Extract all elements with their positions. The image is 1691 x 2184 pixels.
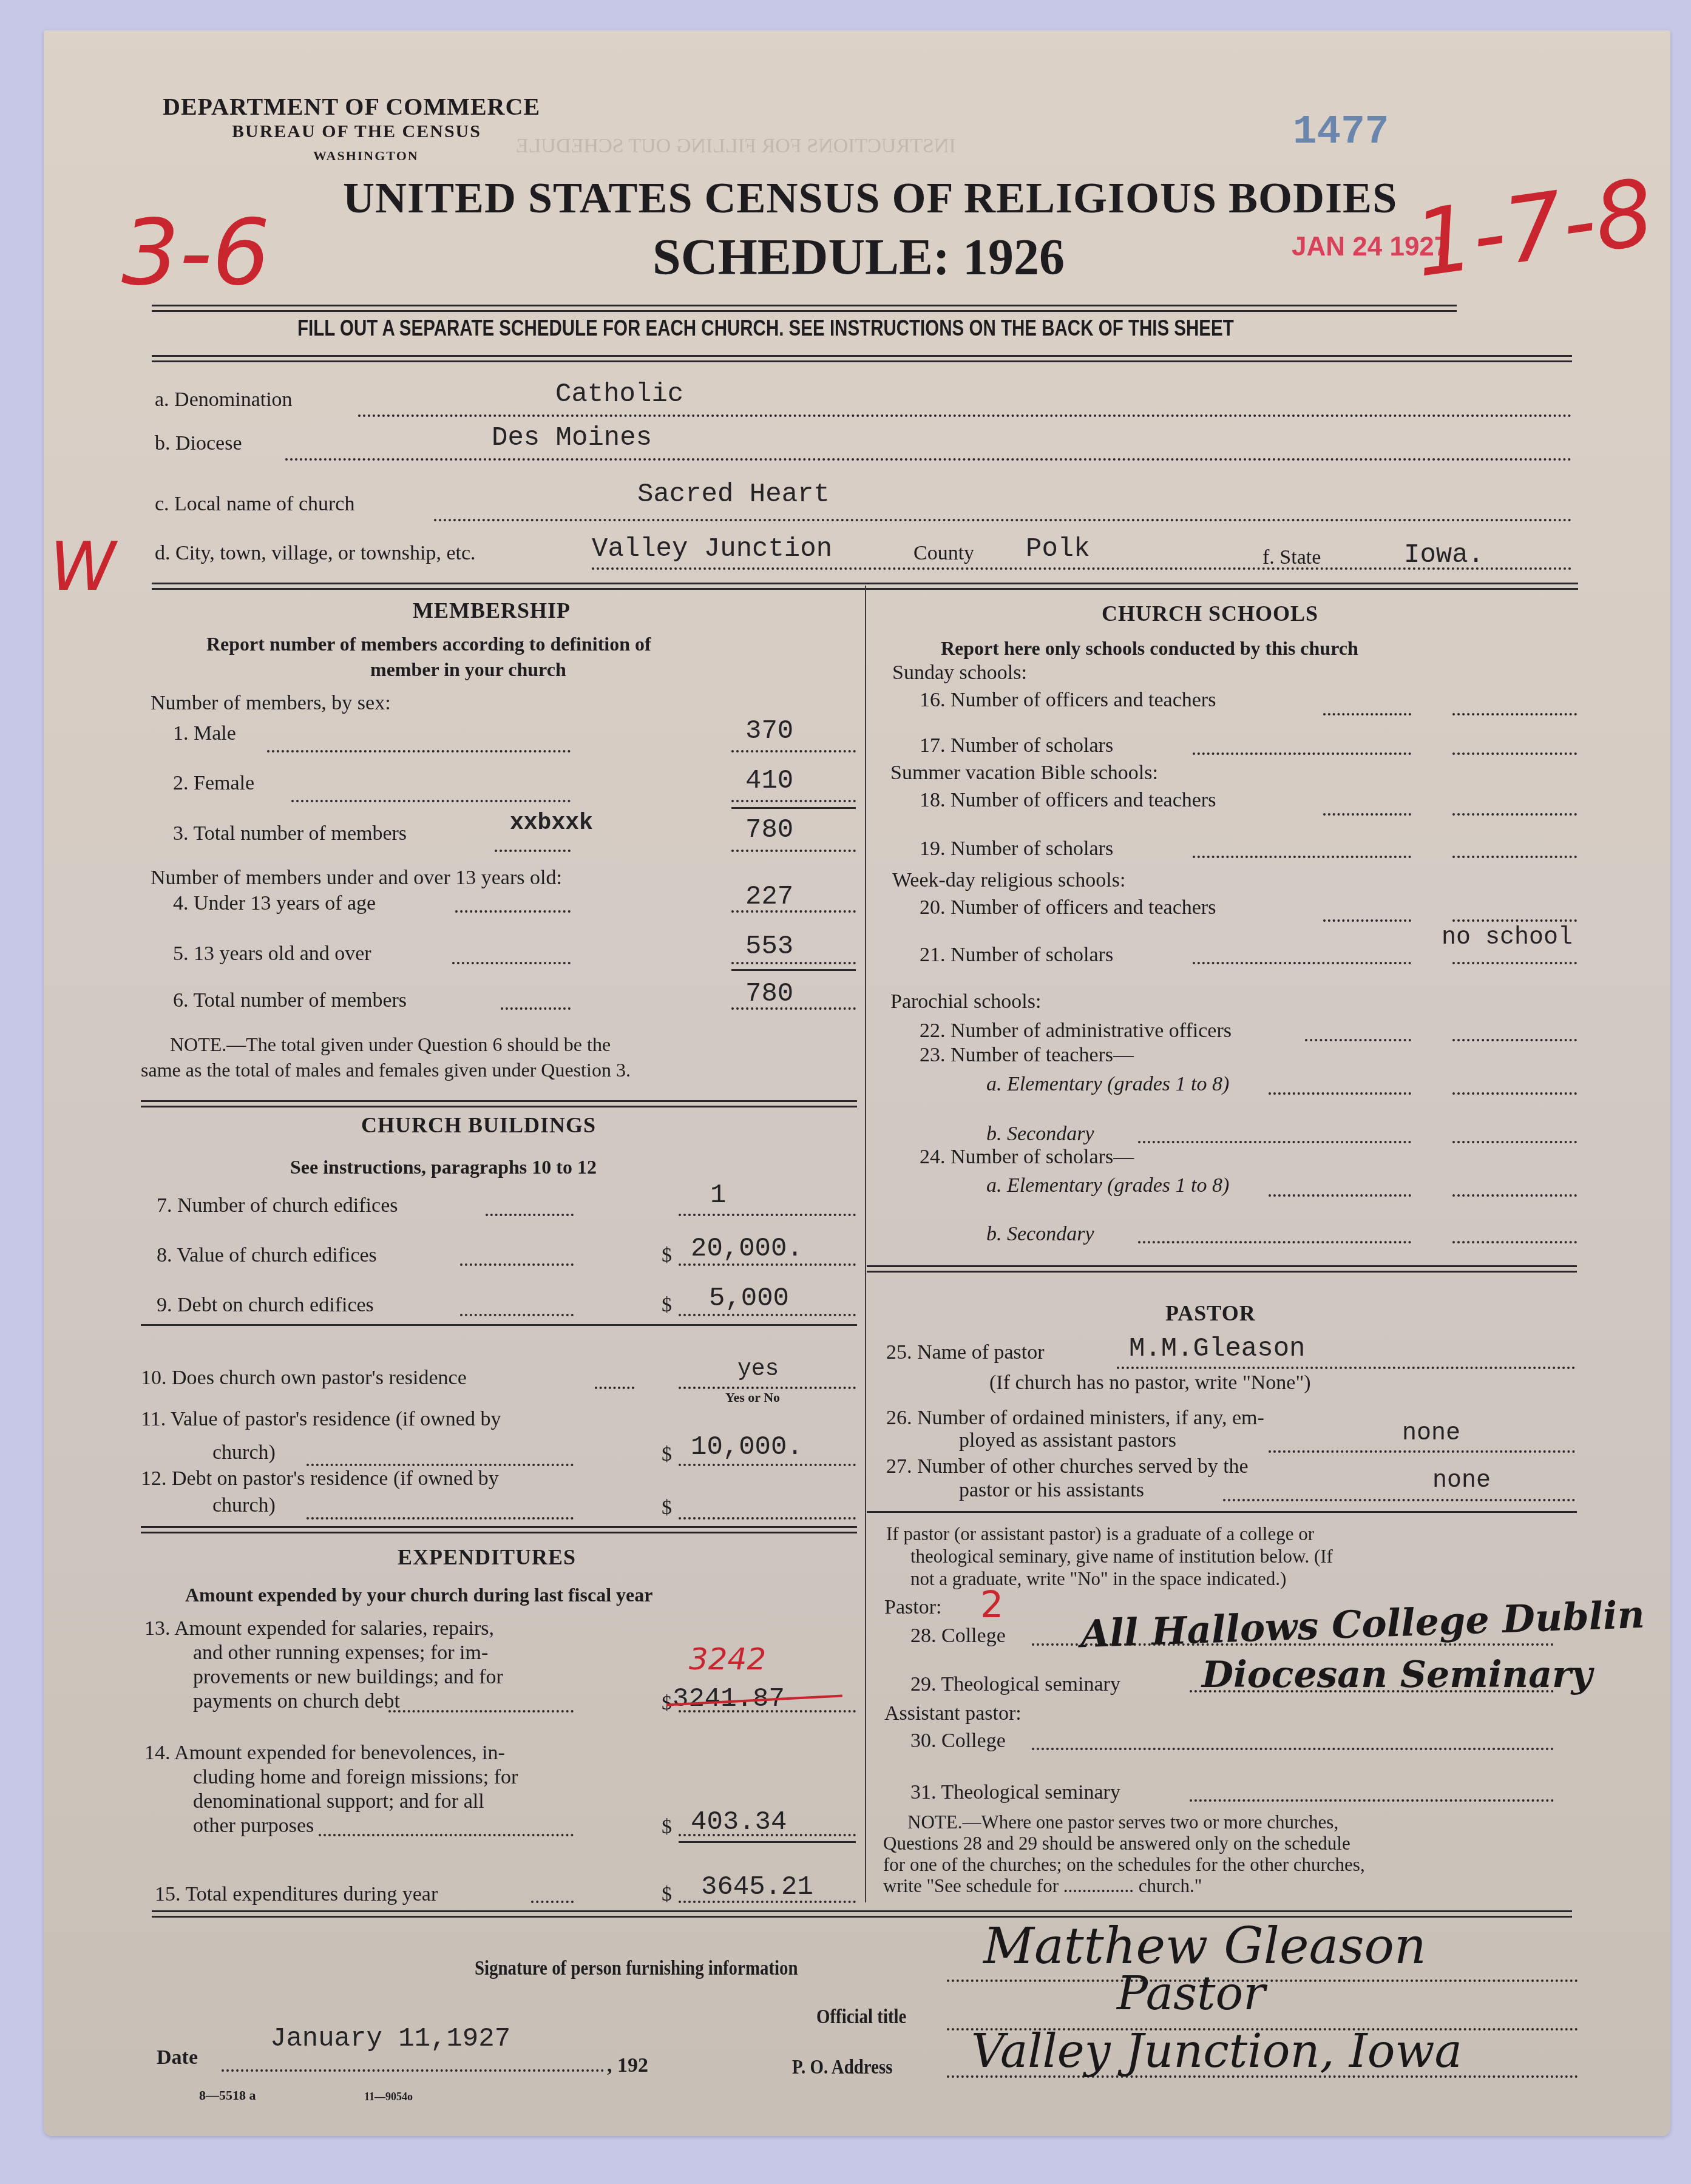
local-name-label: c. Local name of church bbox=[155, 493, 354, 516]
official-title-field[interactable]: Pastor bbox=[1117, 1966, 1266, 2020]
residence-value-dots bbox=[307, 1464, 574, 1466]
q19-dots bbox=[1193, 856, 1411, 858]
denomination-field[interactable]: Catholic bbox=[555, 379, 683, 410]
edifices-count-label: 7. Number of church edifices bbox=[157, 1194, 398, 1217]
form-code-1: 8—5518 a bbox=[199, 2088, 256, 2103]
denomination-label: a. Denomination bbox=[155, 388, 293, 411]
male-value-line bbox=[731, 750, 856, 752]
q13-dots bbox=[388, 1710, 574, 1712]
owns-residence-field[interactable]: yes bbox=[737, 1356, 779, 1382]
expenditures-subheading: Amount expended by your church during la… bbox=[185, 1584, 652, 1606]
q16-label: 16. Number of officers and teachers bbox=[920, 689, 1216, 712]
q20-dots bbox=[1323, 919, 1411, 922]
schedule-title: SCHEDULE: 1926 bbox=[652, 228, 1065, 287]
schools-subheading: Report here only schools conducted by th… bbox=[941, 637, 1358, 660]
dollar-sign: $ bbox=[662, 1883, 672, 1906]
total-members-2-label: 6. Total number of members bbox=[173, 989, 407, 1012]
under-13-field[interactable]: 227 bbox=[745, 882, 793, 912]
city-label: d. City, town, village, or township, etc… bbox=[155, 542, 476, 565]
red-annotation-left-margin: W bbox=[50, 528, 116, 606]
q19-label: 19. Number of scholars bbox=[920, 837, 1113, 860]
date-label: Date bbox=[157, 2046, 198, 2069]
q28-label: 28. College bbox=[910, 1624, 1006, 1648]
q26-label-1: 26. Number of ordained ministers, if any… bbox=[886, 1407, 1264, 1430]
pastor-note-2: Questions 28 and 29 should be answered o… bbox=[883, 1833, 1350, 1854]
total-members-2-field[interactable]: 780 bbox=[745, 979, 793, 1009]
female-label: 2. Female bbox=[173, 772, 254, 795]
q21-label: 21. Number of scholars bbox=[920, 944, 1113, 967]
total-2-line bbox=[501, 1007, 571, 1010]
q26-dots bbox=[1269, 1450, 1575, 1453]
q24b-field[interactable] bbox=[1452, 1241, 1577, 1243]
struck-typing: xxbxxk bbox=[510, 810, 593, 836]
red-pastor-annotation: 2 bbox=[980, 1584, 1003, 1626]
state-label: f. State bbox=[1262, 546, 1321, 569]
dollar-sign: $ bbox=[662, 1816, 672, 1839]
edifices-value-line bbox=[679, 1214, 856, 1216]
assistant-college-field[interactable] bbox=[1032, 1748, 1554, 1750]
local-name-field[interactable]: Sacred Heart bbox=[637, 479, 830, 510]
q22-label: 22. Number of administrative officers bbox=[920, 1019, 1232, 1043]
q14-label-3: denominational support; and for all bbox=[193, 1790, 484, 1813]
q18-field[interactable] bbox=[1452, 813, 1577, 816]
residence-value-field-line bbox=[679, 1464, 856, 1466]
q15-total-field[interactable]: 3645.21 bbox=[701, 1872, 813, 1902]
edifices-count-field[interactable]: 1 bbox=[710, 1180, 726, 1211]
footer-rule bbox=[152, 1910, 1572, 1912]
q23a-dots bbox=[1269, 1092, 1411, 1095]
q25-label: 25. Name of pastor bbox=[886, 1341, 1045, 1364]
q27-label-2: pastor or his assistants bbox=[959, 1479, 1144, 1502]
membership-rule bbox=[141, 1100, 857, 1102]
q15-dots bbox=[531, 1901, 574, 1903]
identification-rule bbox=[152, 583, 1578, 584]
address-label: P. O. Address bbox=[792, 2056, 892, 2079]
q16-dots bbox=[1323, 713, 1411, 715]
bleed-through-heading: INSTRUCTIONS FOR FILLING OUT SCHEDULE bbox=[516, 135, 956, 158]
residence-value-label: 11. Value of pastor's residence (if owne… bbox=[141, 1408, 501, 1431]
q23b-dots bbox=[1138, 1141, 1411, 1143]
q14-amount-field[interactable]: 403.34 bbox=[691, 1807, 787, 1837]
pastor-note-3: for one of the churches; on the schedule… bbox=[883, 1854, 1365, 1876]
q15-label: 15. Total expenditures during year bbox=[155, 1883, 438, 1906]
pastor-note-1: NOTE.—Where one pastor serves two or mor… bbox=[907, 1811, 1338, 1833]
residence-debt-label-cont: church) bbox=[212, 1494, 276, 1517]
edifices-value-label: 8. Value of church edifices bbox=[157, 1244, 377, 1267]
assistant-pastors-field[interactable]: none bbox=[1402, 1420, 1460, 1447]
pastor-heading: PASTOR bbox=[1165, 1300, 1256, 1326]
pastor-subsection-label: Pastor: bbox=[884, 1596, 941, 1619]
male-line bbox=[267, 750, 571, 752]
by-sex-label: Number of members, by sex: bbox=[151, 692, 391, 715]
serial-number-stamp: 1477 bbox=[1293, 109, 1389, 155]
denomination-line bbox=[358, 414, 1572, 417]
q31-label: 31. Theological seminary bbox=[910, 1781, 1120, 1804]
header-rule bbox=[152, 305, 1457, 306]
diocese-label: b. Diocese bbox=[155, 432, 242, 455]
q24a-dots bbox=[1269, 1194, 1411, 1197]
q24a-field[interactable] bbox=[1452, 1194, 1577, 1197]
male-count-field[interactable]: 370 bbox=[745, 716, 793, 746]
q16-field[interactable] bbox=[1452, 713, 1577, 715]
dollar-sign: $ bbox=[662, 1294, 672, 1317]
sunday-schools-label: Sunday schools: bbox=[892, 661, 1027, 685]
residence-debt-dots bbox=[307, 1517, 574, 1520]
dollar-sign: $ bbox=[662, 1496, 672, 1520]
q13-red-correction: 3242 bbox=[689, 1641, 766, 1677]
edifices-debt-field[interactable]: 5,000 bbox=[709, 1283, 789, 1314]
pastor-seminary-field[interactable]: Diocesan Seminary bbox=[1202, 1654, 1592, 1696]
q22-field[interactable] bbox=[1452, 1039, 1577, 1041]
q13-label-2: and other running expenses; for im- bbox=[193, 1641, 488, 1665]
graduate-note-2: theological seminary, give name of insti… bbox=[910, 1546, 1333, 1567]
q20-field[interactable] bbox=[1452, 919, 1577, 922]
owns-residence-label: 10. Does church own pastor's residence bbox=[141, 1367, 467, 1390]
form-code-2: 11—9054o bbox=[364, 2091, 413, 2103]
q21-dots bbox=[1193, 962, 1411, 964]
male-label: 1. Male bbox=[173, 722, 236, 745]
summer-schools-label: Summer vacation Bible schools: bbox=[890, 762, 1158, 785]
q17-field[interactable] bbox=[1452, 752, 1577, 755]
schools-heading: CHURCH SCHOOLS bbox=[1102, 601, 1318, 626]
city-line bbox=[592, 567, 1572, 570]
membership-heading: MEMBERSHIP bbox=[413, 598, 571, 623]
form-title: UNITED STATES CENSUS OF RELIGIOUS BODIES bbox=[343, 173, 1397, 223]
membership-subheading-2: member in your church bbox=[370, 658, 566, 681]
female-value-line bbox=[731, 800, 856, 802]
q24b-dots bbox=[1138, 1241, 1411, 1243]
by-age-label: Number of members under and over 13 year… bbox=[151, 867, 562, 890]
q23a-label: a. Elementary (grades 1 to 8) bbox=[986, 1073, 1229, 1096]
over-13-field[interactable]: 553 bbox=[745, 931, 793, 962]
membership-note: NOTE.—The total given under Question 6 s… bbox=[170, 1033, 611, 1056]
city-field[interactable]: Valley Junction bbox=[592, 534, 832, 564]
state-field[interactable]: Iowa. bbox=[1404, 540, 1484, 570]
county-field[interactable]: Polk bbox=[1026, 534, 1090, 564]
q23b-field[interactable] bbox=[1452, 1141, 1577, 1143]
q20-label: 20. Number of officers and teachers bbox=[920, 896, 1216, 919]
sum-rule-2 bbox=[731, 969, 856, 971]
q13-label-4: payments on church debt bbox=[193, 1690, 400, 1713]
red-annotation-top-left: 3-6 bbox=[121, 200, 270, 306]
under-13-line bbox=[455, 910, 571, 913]
edifices-debt-field-line bbox=[679, 1314, 856, 1316]
buildings-rule bbox=[141, 1324, 857, 1326]
female-line bbox=[291, 800, 571, 802]
q17-dots bbox=[1193, 752, 1411, 755]
diocese-line bbox=[285, 458, 1572, 461]
total-line bbox=[495, 850, 571, 852]
q27-label-1: 27. Number of other churches served by t… bbox=[886, 1455, 1249, 1478]
department-heading: DEPARTMENT OF COMMERCE bbox=[163, 92, 540, 121]
assistant-seminary-field[interactable] bbox=[1190, 1799, 1554, 1802]
q24b-label: b. Secondary bbox=[986, 1223, 1094, 1246]
q26-label-2: ployed as assistant pastors bbox=[959, 1429, 1176, 1452]
column-divider bbox=[865, 586, 866, 1902]
under-13-label: 4. Under 13 years of age bbox=[173, 892, 376, 915]
edifices-line bbox=[486, 1214, 574, 1216]
yes-no-hint: Yes or No bbox=[725, 1390, 780, 1405]
edifices-value-field[interactable]: 20,000. bbox=[691, 1234, 803, 1264]
over-13-label: 5. 13 years old and over bbox=[173, 942, 371, 965]
sum-rule-3 bbox=[679, 1841, 856, 1843]
q22-dots bbox=[1305, 1039, 1411, 1041]
q23-label: 23. Number of teachers— bbox=[920, 1044, 1134, 1067]
official-title-label: Official title bbox=[816, 2006, 906, 2029]
bureau-heading: BUREAU OF THE CENSUS bbox=[232, 121, 481, 142]
q14-dots bbox=[319, 1834, 574, 1836]
q24a-label: a. Elementary (grades 1 to 8) bbox=[986, 1174, 1229, 1197]
q14-label-4: other purposes bbox=[193, 1814, 314, 1837]
total-members-field[interactable]: 780 bbox=[745, 815, 793, 845]
owns-residence-dots bbox=[595, 1387, 634, 1389]
over-13-line bbox=[452, 962, 571, 964]
q13-label-3: provements or new buildings; and for bbox=[193, 1666, 503, 1689]
residence-debt-field bbox=[679, 1517, 856, 1520]
over-13-value-line bbox=[731, 962, 856, 964]
no-school-remark: no school bbox=[1442, 924, 1573, 952]
female-count-field[interactable]: 410 bbox=[745, 766, 793, 796]
q23a-field[interactable] bbox=[1452, 1092, 1577, 1095]
q14-label-1: 14. Amount expended for benevolences, in… bbox=[144, 1742, 505, 1765]
buildings-subheading: See instructions, paragraphs 10 to 12 bbox=[290, 1156, 597, 1178]
date-suffix: , 192 bbox=[607, 2054, 648, 2077]
membership-subheading: Report number of members according to de… bbox=[206, 633, 651, 655]
pastor-note-4: write "See schedule for ............... … bbox=[883, 1875, 1202, 1897]
q27-dots bbox=[1223, 1499, 1575, 1501]
q13-label-1: 13. Amount expended for salaries, repair… bbox=[144, 1617, 494, 1640]
dollar-sign: $ bbox=[662, 1244, 672, 1267]
weekday-schools-label: Week-day religious schools: bbox=[892, 869, 1125, 892]
address-field[interactable]: Valley Junction, Iowa bbox=[971, 2024, 1462, 2078]
q21-field[interactable] bbox=[1452, 962, 1577, 964]
membership-note-2: same as the total of males and females g… bbox=[141, 1059, 631, 1081]
sum-rule bbox=[731, 807, 856, 809]
county-label: County bbox=[913, 542, 974, 565]
dollar-sign: $ bbox=[662, 1443, 672, 1466]
q29-label: 29. Theological seminary bbox=[910, 1673, 1120, 1696]
q30-label: 30. College bbox=[910, 1729, 1006, 1753]
signature-label: Signature of person furnishing informati… bbox=[475, 1957, 798, 1980]
edifices-debt-dots bbox=[460, 1314, 574, 1316]
q18-dots bbox=[1323, 813, 1411, 816]
expenditures-heading: EXPENDITURES bbox=[398, 1544, 576, 1570]
diocese-field[interactable]: Des Moines bbox=[492, 423, 652, 453]
q23b-label: b. Secondary bbox=[986, 1123, 1094, 1146]
q19-field[interactable] bbox=[1452, 856, 1577, 858]
form-instruction: FILL OUT A SEPARATE SCHEDULE FOR EACH CH… bbox=[297, 316, 1234, 341]
schools-rule bbox=[867, 1265, 1577, 1267]
buildings-heading: CHURCH BUILDINGS bbox=[361, 1112, 596, 1138]
q14-label-2: cluding home and foreign missions; for bbox=[193, 1766, 518, 1789]
buildings-rule-2 bbox=[141, 1526, 857, 1528]
pastor-name-field[interactable]: M.M.Gleason bbox=[1129, 1334, 1305, 1364]
pastor-rule bbox=[867, 1511, 1577, 1513]
edifices-debt-label: 9. Debt on church edifices bbox=[157, 1294, 374, 1317]
edifices-value-dots bbox=[460, 1263, 574, 1266]
assistant-pastor-label: Assistant pastor: bbox=[884, 1702, 1022, 1725]
local-name-line bbox=[434, 519, 1572, 521]
q24-label: 24. Number of scholars— bbox=[920, 1146, 1134, 1169]
other-churches-field[interactable]: none bbox=[1432, 1467, 1491, 1495]
graduate-note-1: If pastor (or assistant pastor) is a gra… bbox=[886, 1523, 1314, 1545]
residence-debt-label: 12. Debt on pastor's residence (if owned… bbox=[141, 1467, 499, 1490]
parochial-schools-label: Parochial schools: bbox=[890, 990, 1041, 1013]
residence-value-field[interactable]: 10,000. bbox=[691, 1432, 803, 1462]
q25-hint: (If church has no pastor, write "None") bbox=[989, 1371, 1311, 1395]
date-field[interactable]: January 11,1927 bbox=[270, 2024, 510, 2054]
q18-label: 18. Number of officers and teachers bbox=[920, 789, 1216, 812]
total-value-line bbox=[731, 850, 856, 852]
q25-dots bbox=[1117, 1367, 1575, 1369]
total-members-label: 3. Total number of members bbox=[173, 822, 407, 845]
owns-residence-field-line bbox=[679, 1387, 856, 1389]
graduate-note-3: not a graduate, write "No" in the space … bbox=[910, 1568, 1286, 1590]
date-line bbox=[222, 2069, 604, 2072]
city-heading: WASHINGTON bbox=[313, 148, 419, 164]
q17-label: 17. Number of scholars bbox=[920, 734, 1113, 757]
header-rule-2 bbox=[152, 355, 1572, 357]
residence-value-label-cont: church) bbox=[212, 1441, 276, 1464]
